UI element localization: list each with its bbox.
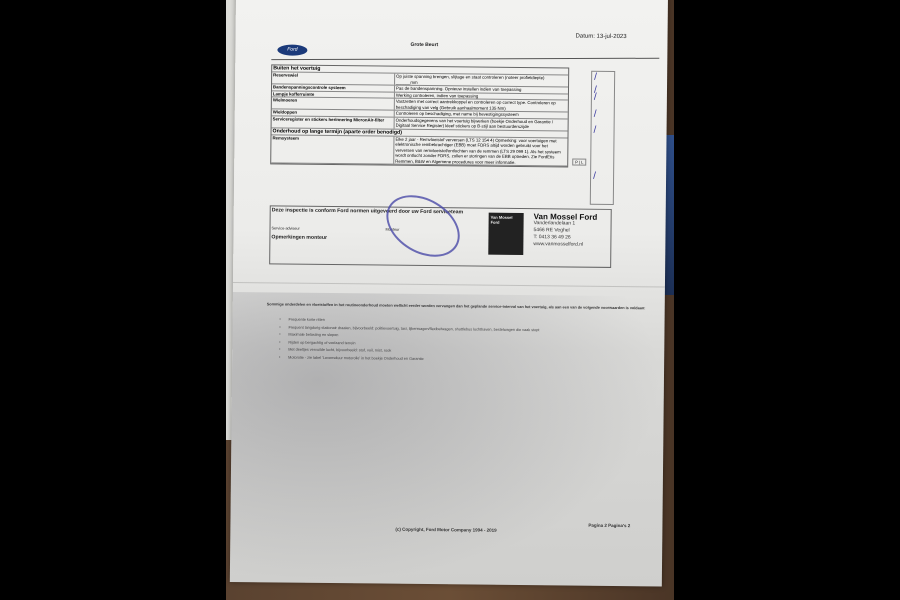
- check-mark-icon: /: [593, 172, 601, 182]
- date: Datum: 13-jul-2023: [576, 34, 627, 41]
- page-number: Pagina 2 Pagina's 2: [588, 523, 630, 528]
- ford-logo-icon: Ford: [277, 44, 307, 55]
- list-item: Motorolie - zie label 'Levensduur motoro…: [288, 355, 539, 365]
- check-mark-icon: /: [594, 73, 602, 83]
- service-advisor-label: Service-adviseur: [272, 226, 300, 230]
- document-title: Grote Beurt: [410, 42, 438, 48]
- pl-labels: P | L: [572, 159, 586, 166]
- header-divider: [271, 58, 659, 60]
- check-mark-icon: /: [594, 93, 602, 103]
- maintenance-note: Sommige onderdelen en vloeistoffen in he…: [267, 300, 662, 312]
- check-mark-icon: /: [594, 126, 602, 136]
- table-row: RemsysteemElke 2 jaar - Remvloeistof ver…: [271, 135, 567, 167]
- dealer-stamp: Van Mossel Ford: [488, 213, 523, 255]
- copyright: (c) Copyright, Ford Motor Company 1994 -…: [395, 527, 496, 533]
- service-document: Datum: 13-jul-2023 Ford Grote Beurt Buit…: [230, 0, 668, 586]
- check-mark-icon: /: [594, 110, 602, 120]
- checkbox-column: / / / / / /: [590, 71, 615, 205]
- photo-background: Datum: 13-jul-2023 Ford Grote Beurt Buit…: [226, 0, 674, 600]
- checklist-table: Buiten het voertuig ReservewielOp juiste…: [270, 64, 569, 167]
- dealer-info: Van Mossel Ford Vanderlandelaan 1 5466 R…: [533, 213, 597, 249]
- remarks-label: Opmerkingen monteur: [271, 234, 327, 241]
- conditions-list: Frequente korte ritten Frequent langduri…: [280, 316, 539, 364]
- paper-fold: [233, 282, 665, 288]
